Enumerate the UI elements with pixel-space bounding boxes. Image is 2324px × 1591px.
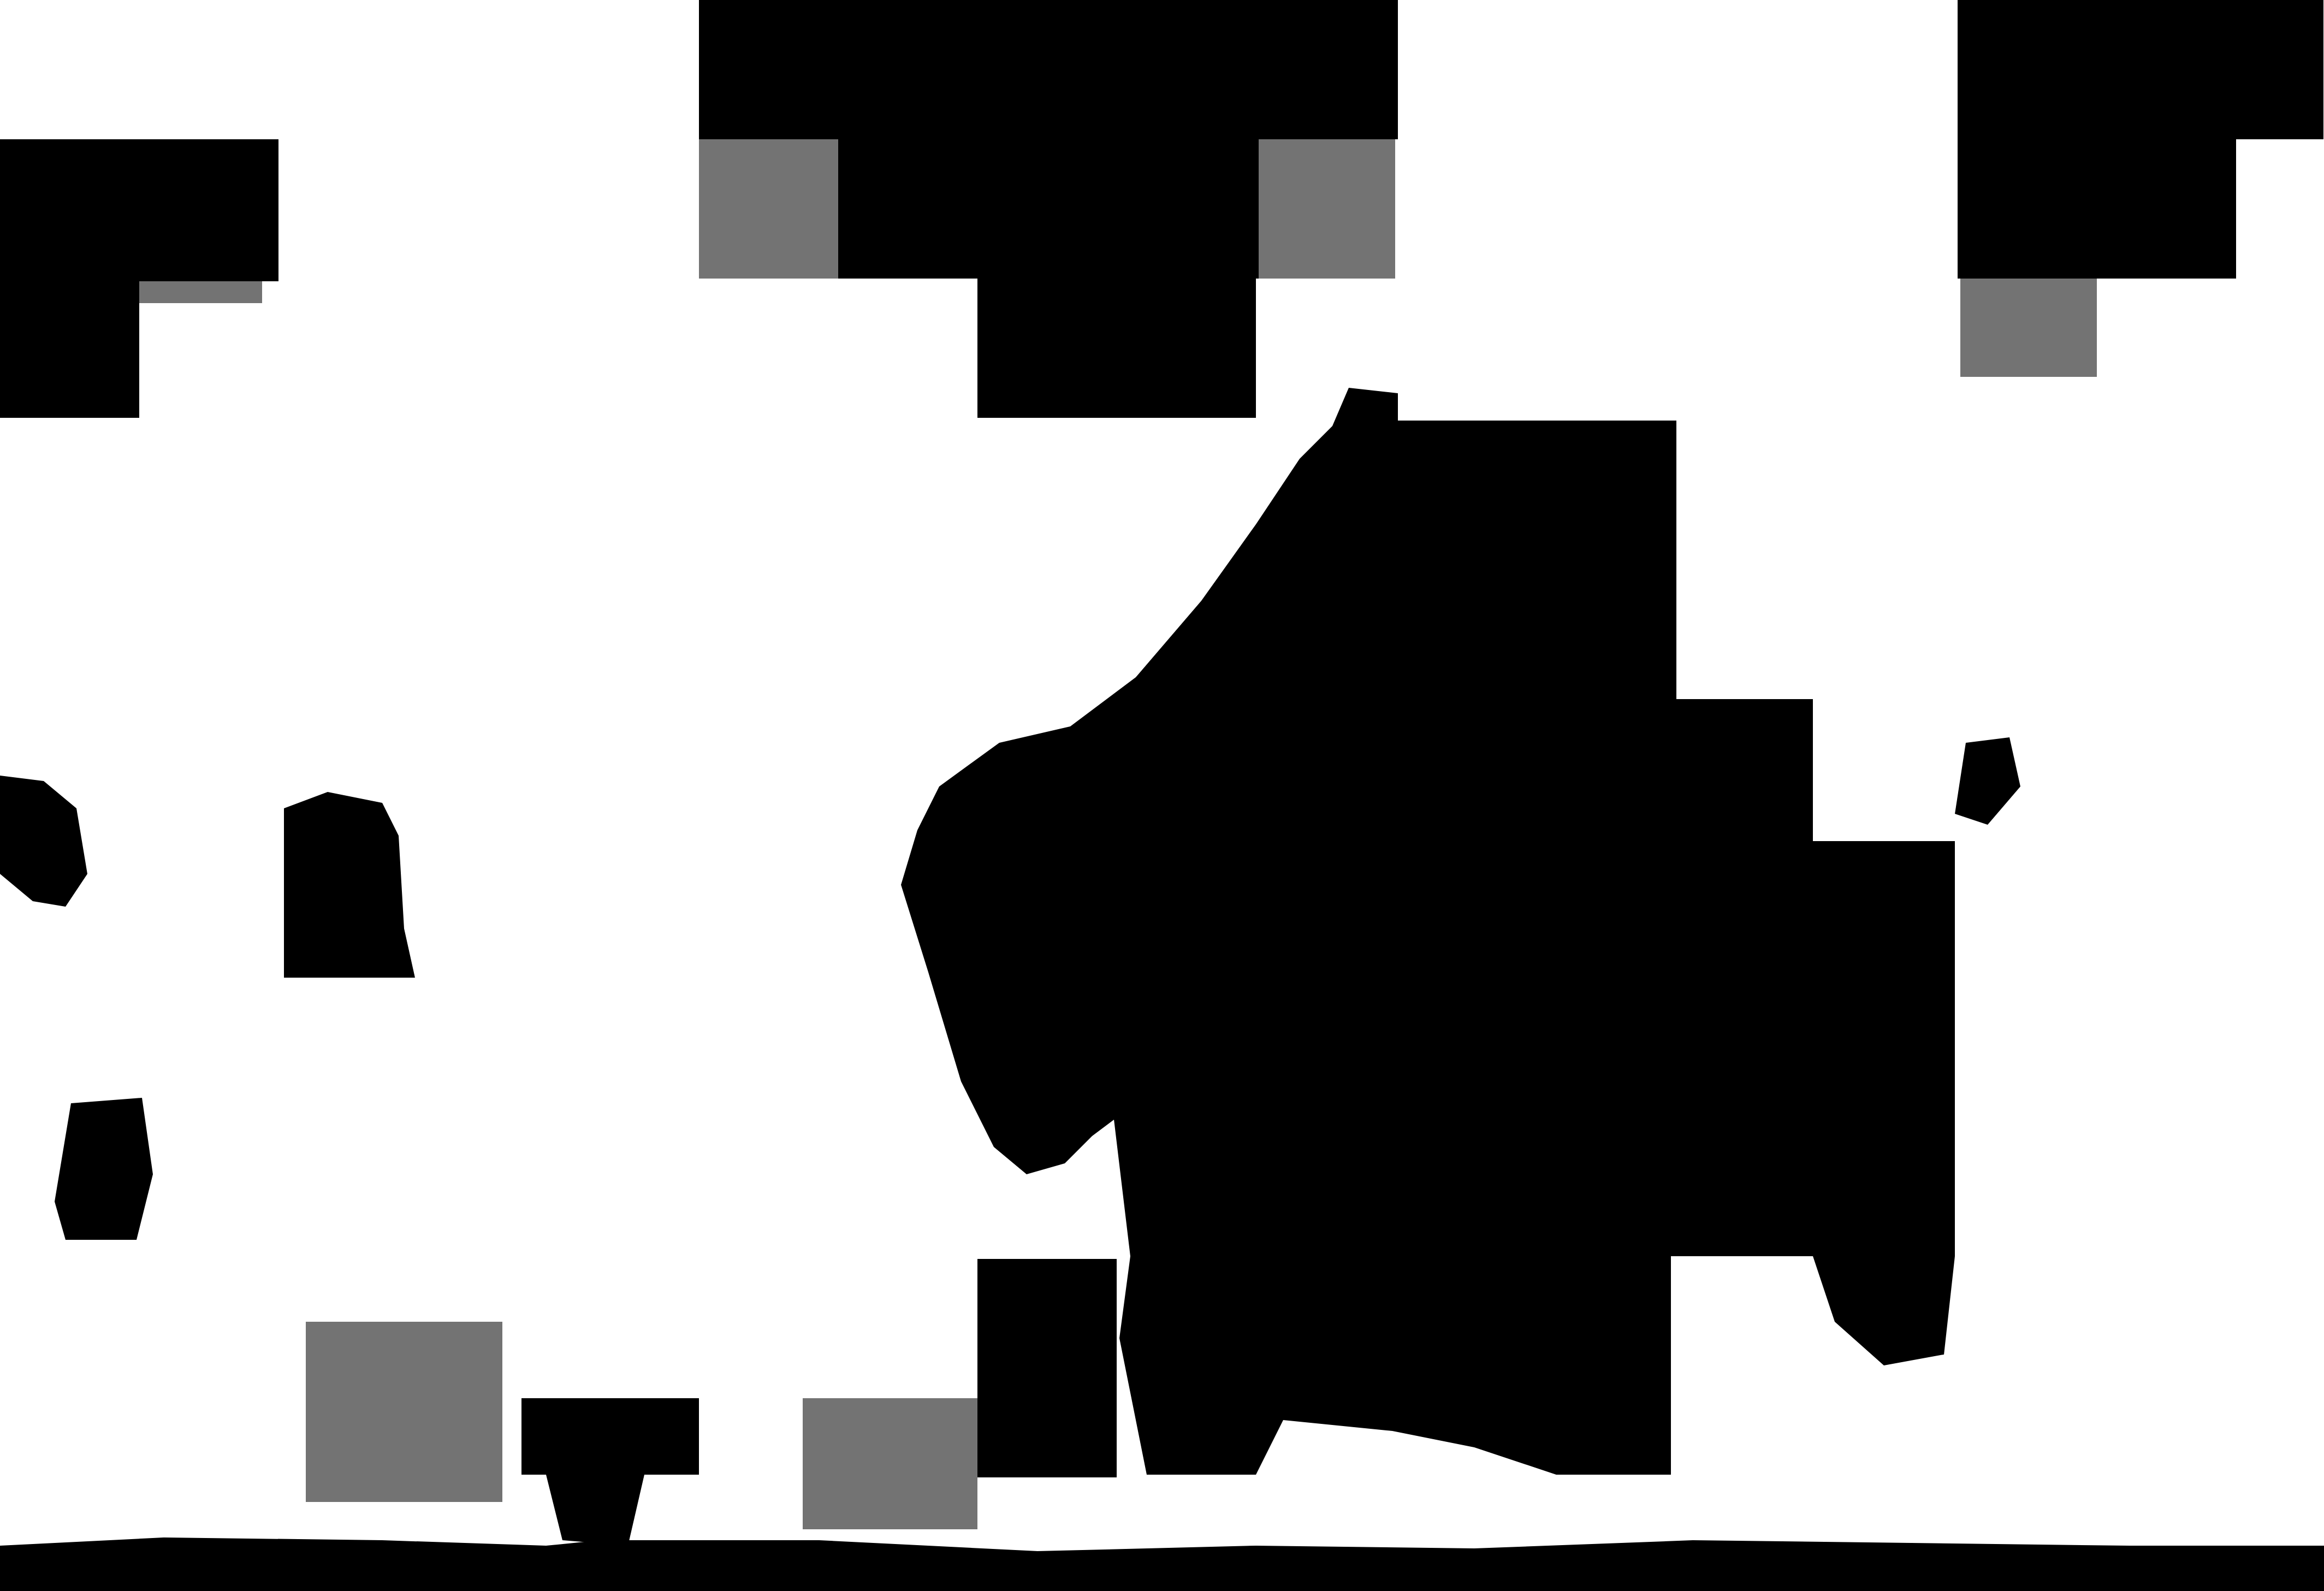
- binarized-scene: [0, 0, 2324, 1591]
